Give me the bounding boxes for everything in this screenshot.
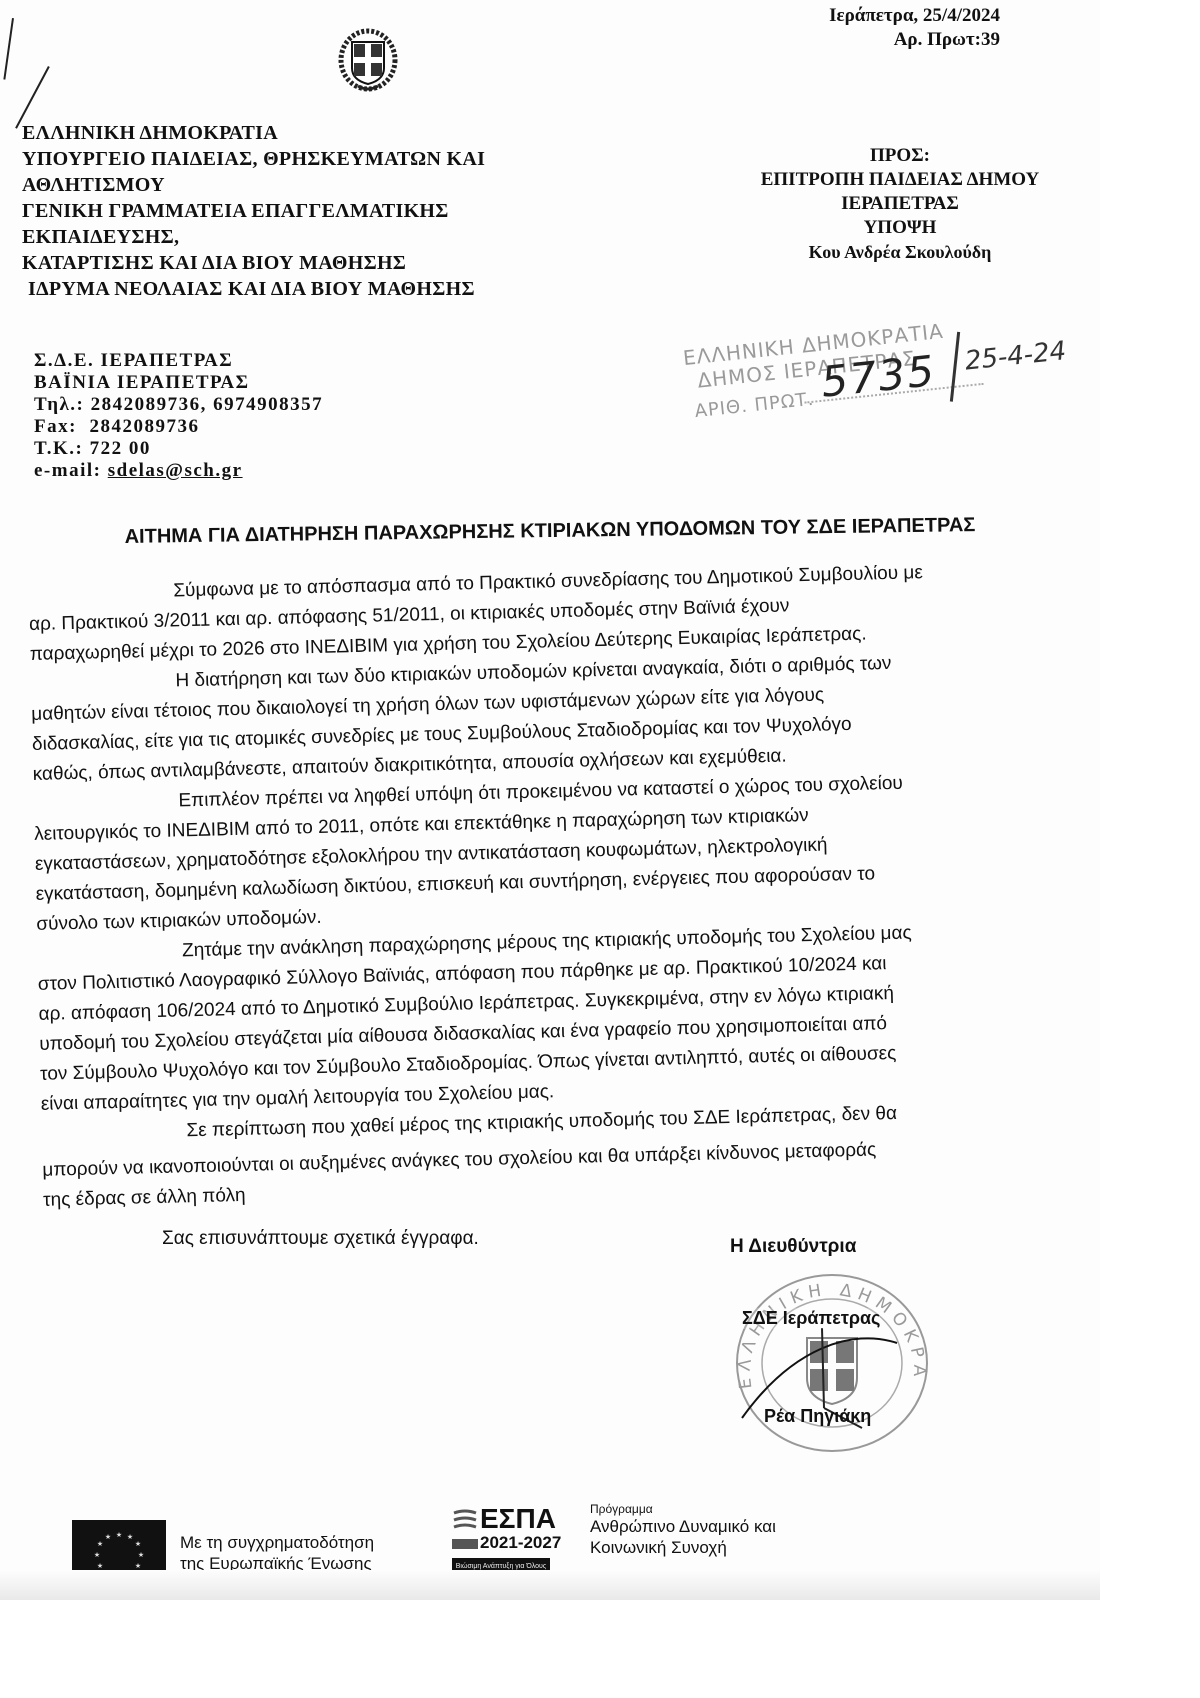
issuer-line: ΓΕΝΙΚΗ ΓΡΑΜΜΑΤΕΙΑ ΕΠΑΓΓΕΛΜΑΤΙΚΗΣ xyxy=(22,198,485,224)
email-label: e-mail: xyxy=(34,460,101,481)
contact-block: Σ.Δ.Ε. ΙΕΡΑΠΕΤΡΑΣ ΒΑΪΝΙΑ ΙΕΡΑΠΕΤΡΑΣ Τηλ.… xyxy=(34,350,323,482)
phone-row: Τηλ.: 2842089736, 6974908357 xyxy=(34,394,323,416)
scan-edge xyxy=(0,1570,1100,1600)
svg-text:★: ★ xyxy=(135,1540,141,1548)
pen-mark xyxy=(3,18,14,80)
espa-title: ΕΣΠΑ xyxy=(480,1503,556,1535)
phone-label: Τηλ.: xyxy=(34,394,84,415)
closing-line: Σας επισυνάπτουμε σχετικά έγγραφα. xyxy=(162,1228,479,1250)
postal-value: 722 00 xyxy=(90,438,151,459)
issuer-line: ΥΠΟΥΡΓΕΙΟ ΠΑΙΔΕΙΑΣ, ΘΡΗΣΚΕΥΜΑΤΩΝ ΚΑΙ xyxy=(22,146,485,172)
scanned-letter-page: Ιεράπετρα, 25/4/2024 Αρ. Πρωτ:39 ΕΛΛΗΝΙΚ… xyxy=(0,0,1100,1598)
fax-row: Fax: 2842089736 xyxy=(34,416,323,438)
espa-waves-icon xyxy=(452,1509,478,1531)
svg-text:★: ★ xyxy=(105,1533,111,1541)
letter-body: Σύμφωνα με το απόσπασμα από το Πρακτικό … xyxy=(28,554,1095,1216)
handwritten-slash xyxy=(950,332,960,402)
svg-text:★: ★ xyxy=(138,1551,144,1559)
issuer-line: ΚΑΤΑΡΤΙΣΗΣ ΚΑΙ ΔΙΑ ΒΙΟΥ ΜΑΘΗΣΗΣ xyxy=(22,250,485,276)
recipient-line: ΕΠΙΤΡΟΠΗ ΠΑΙΔΕΙΑΣ ΔΗΜΟΥ xyxy=(720,168,1080,192)
svg-text:★: ★ xyxy=(97,1540,103,1548)
school-name: Σ.Δ.Ε. ΙΕΡΑΠΕΤΡΑΣ xyxy=(34,350,323,372)
eu-cofunding-text: Με τη συγχρηματοδότηση της Ευρωπαϊκής Έν… xyxy=(180,1532,374,1574)
svg-text:★: ★ xyxy=(127,1533,133,1541)
program-label: Πρόγραμμα xyxy=(590,1502,776,1516)
postal-row: Τ.Κ.: 722 00 xyxy=(34,438,323,460)
issuer-line: ΑΘΛΗΤΙΣΜΟΥ xyxy=(22,172,485,198)
school-address: ΒΑΪΝΙΑ ΙΕΡΑΠΕΤΡΑΣ xyxy=(34,372,323,394)
stamp-label: ΑΡΙΘ. ΠΡΩΤ. xyxy=(694,389,815,422)
greek-coat-of-arms-icon xyxy=(338,28,398,92)
email-row: e-mail: sdelas@sch.gr xyxy=(34,460,323,482)
postal-label: Τ.Κ.: xyxy=(34,438,83,459)
signatory-title: Η Διευθύντρια xyxy=(730,1236,856,1258)
svg-text:★: ★ xyxy=(97,1562,103,1570)
program-name: Ανθρώπινο Δυναμικό και xyxy=(590,1516,776,1537)
signature-block: Η Διευθύντρια ΕΛΛΗΝΙΚΗ ΔΗΜΟΚΡΑΤΙΑ ΣΔΕ Ιε… xyxy=(712,1220,1012,1460)
handwritten-protocol-number: 5735 xyxy=(819,346,938,407)
subject-heading: ΑΙΤΗΜΑ ΓΙΑ ΔΙΑΤΗΡΗΣΗ ΠΑΡΑΧΩΡΗΣΗΣ ΚΤΙΡΙΑΚ… xyxy=(100,514,1000,550)
paragraph-3: Επιπλέον πρέπει να ληφθεί υπόψη ότι προκ… xyxy=(33,764,1088,940)
svg-text:★: ★ xyxy=(94,1551,100,1559)
recipient-block: ΠΡΟΣ: ΕΠΙΤΡΟΠΗ ΠΑΙΔΕΙΑΣ ΔΗΜΟΥ ΙΕΡΑΠΕΤΡΑΣ… xyxy=(720,144,1080,264)
handwritten-date: 25-4-24 xyxy=(963,336,1067,376)
fax-label: Fax: xyxy=(34,416,77,437)
espa-years: 2021-2027 xyxy=(480,1533,561,1553)
signatory-name: Ρέα Πηγιάκη xyxy=(764,1406,871,1427)
svg-text:★: ★ xyxy=(116,1531,122,1539)
phone-value: 2842089736, 6974908357 xyxy=(91,394,324,415)
place-date: Ιεράπετρα, 25/4/2024 xyxy=(829,4,1000,28)
issuer-block: ΕΛΛΗΝΙΚΗ ΔΗΜΟΚΡΑΤΙΑ ΥΠΟΥΡΓΕΙΟ ΠΑΙΔΕΙΑΣ, … xyxy=(22,120,485,302)
recipient-attention: ΥΠΟΨΗ xyxy=(720,216,1080,240)
flags-icon xyxy=(452,1539,478,1549)
program-name: Κοινωνική Συνοχή xyxy=(590,1537,776,1558)
issuer-line: ΕΛΛΗΝΙΚΗ ΔΗΜΟΚΡΑΤΙΑ xyxy=(22,120,485,146)
recipient-line: ΙΕΡΑΠΕΤΡΑΣ xyxy=(720,192,1080,216)
paragraph-4: Ζητάμε την ανάκληση παραχώρησης μέρους τ… xyxy=(37,914,1093,1120)
official-seal-icon: ΕΛΛΗΝΙΚΗ ΔΗΜΟΚΡΑΤΙΑ xyxy=(732,1268,932,1458)
received-stamp: ΕΛΛΗΝΙΚΗ ΔΗΜΟΚΡΑΤΙΑ ΔΗΜΟΣ ΙΕΡΑΠΕΤΡΑΣ ΑΡΙ… xyxy=(680,288,1109,441)
email-link[interactable]: sdelas@sch.gr xyxy=(108,460,243,481)
cofunding-line: Με τη συγχρηματοδότηση xyxy=(180,1532,374,1553)
signatory-organization: ΣΔΕ Ιεράπετρας xyxy=(742,1308,880,1329)
recipient-person: Κου Ανδρέα Σκουλούδη xyxy=(720,240,1080,264)
svg-text:★: ★ xyxy=(135,1562,141,1570)
fax-value: 2842089736 xyxy=(89,416,199,437)
date-block: Ιεράπετρα, 25/4/2024 Αρ. Πρωτ:39 xyxy=(829,4,1000,52)
program-block: Πρόγραμμα Ανθρώπινο Δυναμικό και Κοινωνι… xyxy=(590,1502,776,1558)
issuer-line: ΕΚΠΑΙΔΕΥΣΗΣ, xyxy=(22,224,485,250)
svg-text:ΕΛΛΗΝΙΚΗ ΔΗΜΟΚΡΑΤΙΑ: ΕΛΛΗΝΙΚΗ ΔΗΜΟΚΡΑΤΙΑ xyxy=(732,1268,929,1390)
issuer-line: ΙΔΡΥΜΑ ΝΕΟΛΑΙΑΣ ΚΑΙ ΔΙΑ ΒΙΟΥ ΜΑΘΗΣΗΣ xyxy=(22,276,485,302)
protocol-number: Αρ. Πρωτ:39 xyxy=(829,28,1000,52)
recipient-to-label: ΠΡΟΣ: xyxy=(720,144,1080,168)
